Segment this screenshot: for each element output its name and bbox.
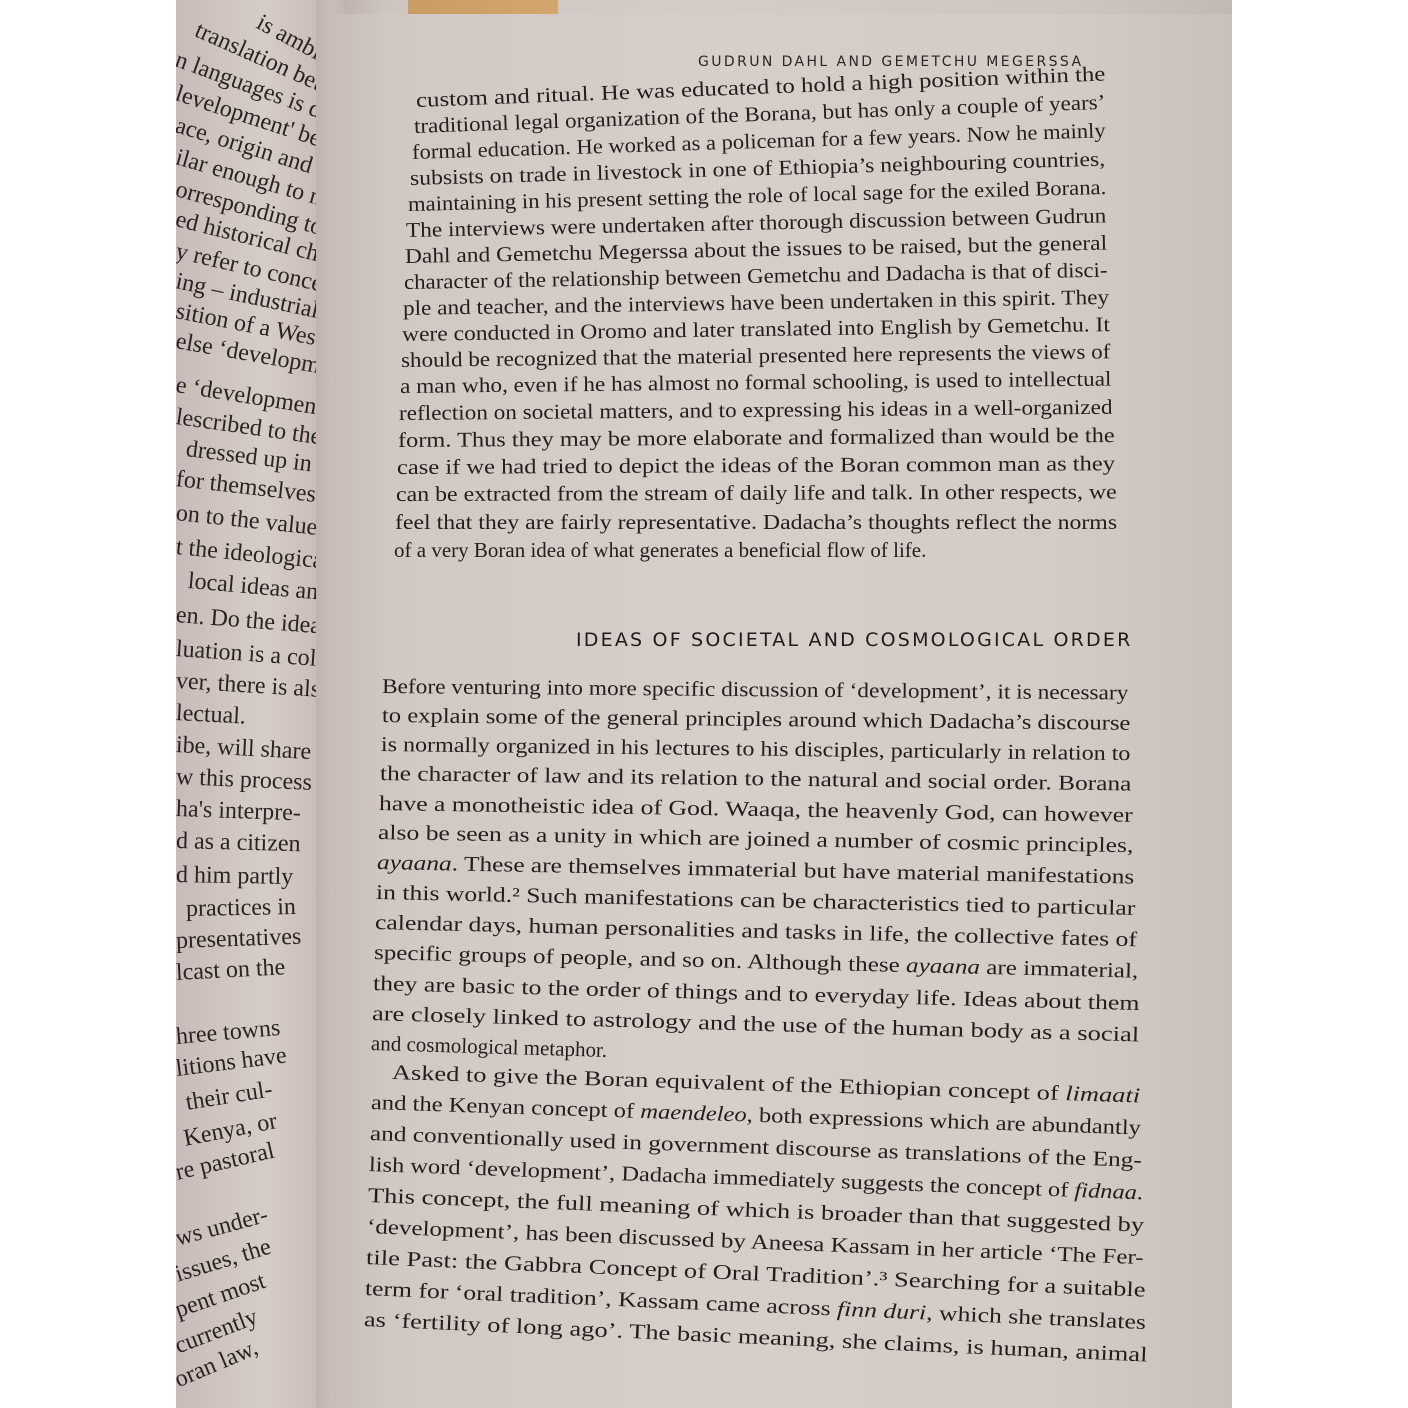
body-text-line: is normally organized in his lectures to… (381, 732, 1131, 766)
body-text-line: form. Thus they may be more elaborate an… (398, 423, 1115, 453)
body-text-line: to explain some of the general principle… (382, 703, 1131, 736)
body-text-line: case if we had tried to depict the ideas… (397, 451, 1115, 480)
italic-term: ayaana (377, 850, 452, 875)
left-page-line: en. Do the ideal (176, 602, 329, 641)
body-text-line: and cosmological metaphor. (371, 1031, 608, 1063)
body-text-line: Before venturing into more specific disc… (382, 674, 1129, 706)
italic-term: finn duri (837, 1297, 927, 1325)
left-page: is ambiguoustranslation betweenn languag… (176, 0, 336, 1408)
italic-term: ayaana (906, 953, 981, 979)
left-page-line: luation is a col- (176, 636, 325, 673)
body-text-line: of a very Boran idea of what generates a… (394, 538, 926, 563)
text-run: , which she translates (926, 1301, 1147, 1335)
left-page-line: ha's interpre- (176, 796, 301, 827)
left-page-line: d him partly (176, 862, 294, 891)
body-text-line: reflection on societal matters, and to e… (399, 395, 1113, 426)
left-page-line: d as a citizen (176, 828, 301, 858)
left-page-line: ibe, will share (176, 732, 312, 766)
left-page-line: presentatives (176, 924, 302, 955)
section-heading: IDEAS OF SOCIETAL AND COSMOLOGICAL ORDER (576, 629, 1133, 651)
left-page-line: practices in (186, 894, 296, 923)
left-page-line: w this process (176, 764, 312, 797)
text-run: . (1137, 1180, 1144, 1204)
italic-term: limaati (1065, 1081, 1141, 1107)
body-text-line: feel that they are fairly representative… (395, 510, 1117, 535)
body-text-line: the character of law and its relation to… (380, 761, 1132, 796)
text-run: specific groups of people, and so on. Al… (374, 940, 907, 977)
italic-term: maendeleo (640, 1099, 747, 1127)
table-surface (408, 0, 558, 14)
text-run: are immaterial, (980, 955, 1139, 983)
right-page: GUDRUN DAHL AND GEMETCHU MEGERSSA 53 IDE… (336, 14, 1232, 1408)
text-run: , both expressions which are abundantly (746, 1102, 1141, 1139)
left-page-line: lcast on the (176, 954, 286, 987)
text-run: and the Kenyan concept of (371, 1090, 641, 1123)
body-text-line: can be extracted from the stream of dail… (396, 479, 1117, 507)
left-page-line: lectual. (176, 700, 247, 731)
book-photo: is ambiguoustranslation betweenn languag… (176, 0, 1232, 1408)
italic-term: fidnaa (1074, 1178, 1137, 1204)
left-page-line: ver, there is also (176, 668, 333, 704)
